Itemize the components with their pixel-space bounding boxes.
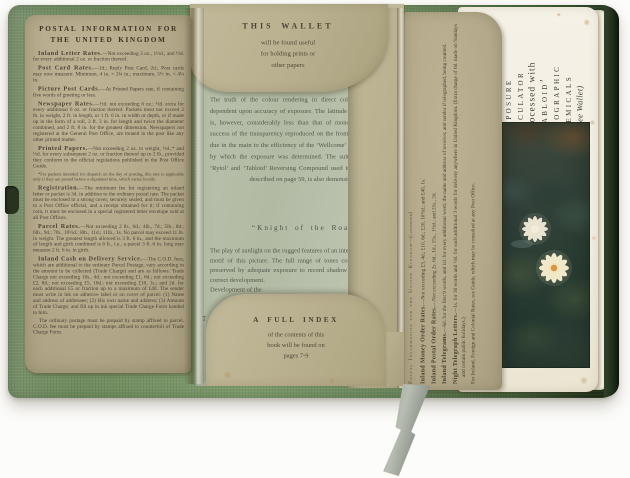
postal-information-page: Postal Information for the United Kingdo…	[25, 15, 191, 373]
sideways-entry: Inland Telegrams.—6d. for the first 9 wo…	[440, 18, 449, 384]
postal-section: Parcel Rates.—Not exceeding 2 lb., 6d.; …	[33, 223, 184, 254]
sideways-entry: For Ireland, Foreign and Colonial Rates,…	[469, 18, 477, 384]
wallet-top-flap: This Wallet will be found useful for hol…	[190, 4, 388, 92]
page-title: Postal Information for the United Kingdo…	[33, 24, 184, 46]
flap-line: This Wallet	[198, 22, 378, 31]
postal-section: Picture Post Cards.—At Printed Papers ra…	[33, 85, 184, 98]
postal-section: Inland Letter Rates.—Not exceeding 3 oz.…	[33, 50, 184, 63]
index-line: of the contents of this	[214, 330, 378, 340]
sideways-page-header: Postal Information for the United Kingdo…	[407, 18, 415, 384]
wallet-fold-crease	[397, 8, 405, 388]
sideways-entry: Inland Postal Order Rates.—Not exceeding…	[429, 18, 438, 384]
book-photograph: Exposure Calculator and processed with ‘…	[0, 0, 630, 478]
wallet-index-flap: A Full Index of the contents of this boo…	[206, 294, 386, 386]
flap-line: other papers	[198, 59, 378, 70]
postal-section: Registration.—The minimum fee for regist…	[33, 184, 184, 221]
sideways-postal-page: Postal Information for the United Kingdo…	[404, 12, 502, 390]
water-lily-flowers	[502, 122, 590, 368]
sideways-entry: Inland Money Order Rates.—Not exceeding …	[418, 18, 427, 384]
index-line: pages 7-9	[214, 350, 378, 360]
postal-section: Post Card Rates.—1d.; Reply Post Card, 2…	[33, 65, 184, 84]
postal-section: Printed Papers.—Not exceeding 2 oz. in w…	[33, 145, 184, 170]
back-cover-edge	[604, 6, 619, 397]
gutter-fold-shadow	[184, 8, 204, 384]
postal-section: The ordinary postage must be prepaid by …	[33, 318, 184, 336]
index-line: A Full Index	[214, 316, 378, 325]
water-lily-photo	[502, 122, 590, 368]
postal-section: Newspaper Rates.—½d. not exceeding 6 oz.…	[33, 100, 184, 143]
sideways-entry: Night Telegraph Letters.—1s. for 36 word…	[451, 18, 468, 384]
index-line: book will be found on	[214, 340, 378, 350]
postal-footnote: *For packets intended for dispatch on th…	[33, 171, 184, 181]
cover-notch	[5, 186, 19, 214]
flap-line: will be found useful	[198, 37, 378, 48]
flap-line: for holding prints or	[198, 48, 378, 59]
postal-section: Inland Cash on Delivery Service.—The C.O…	[33, 256, 184, 316]
